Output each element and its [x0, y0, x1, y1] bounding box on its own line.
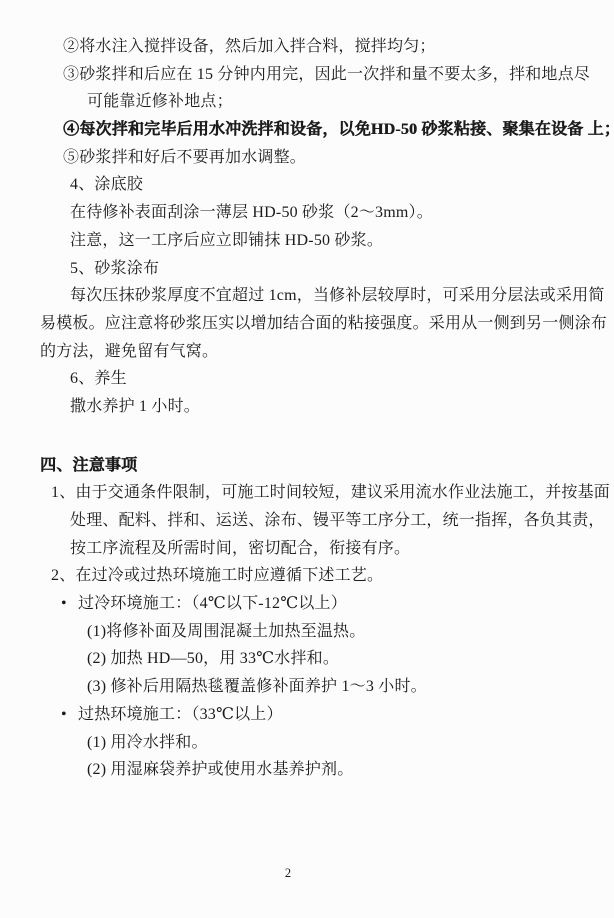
scanned-document-page: ②将水注入搅拌设备，然后加入拌合料，搅拌均匀； ③砂浆拌和后应在 15 分钟内用…: [0, 0, 614, 918]
text-line: 按工序流程及所需时间，密切配合，衔接有序。: [70, 535, 594, 563]
text-line: 6、养生: [70, 365, 594, 393]
text-line-content: ②将水注入搅拌设备，然后加入拌合料，搅拌均匀；: [63, 38, 436, 55]
text-line-content: 在待修补表面刮涂一薄层 HD-50 砂浆（2～3mm）。: [70, 204, 433, 221]
text-line-content: 1、由于交通条件限制，可施工时间较短，建议采用流水作业法施工，并按基面: [51, 484, 610, 501]
bullet-icon: •: [61, 590, 78, 618]
text-line: ②将水注入搅拌设备，然后加入拌合料，搅拌均匀；: [63, 33, 594, 61]
text-line: 注意，这一工序后应立即铺抹 HD-50 砂浆。: [70, 227, 594, 255]
text-line: (1) 用冷水拌和。: [87, 729, 594, 757]
text-line-content: 撒水养护 1 小时。: [70, 398, 200, 415]
text-line-content: (1)将修补面及周围混凝土加热至温热。: [87, 623, 365, 640]
text-line: 4、涂底胶: [70, 171, 594, 199]
text-line-content: 4、涂底胶: [70, 176, 143, 193]
text-line-content: 每次压抹砂浆厚度不宜超过 1cm，当修补层较厚时，可采用分层法或采用简: [70, 287, 605, 304]
page-number: 2: [238, 866, 338, 881]
text-line: (2) 用湿麻袋养护或使用水基养护剂。: [87, 756, 594, 784]
text-line-content: 过冷环境施工：（4℃以下-12℃以上）: [78, 595, 347, 612]
text-line: 四、注意事项: [40, 452, 594, 480]
text-line-content: ③砂浆拌和后应在 15 分钟内用完，因此一次拌和量不要太多，拌和地点尽: [63, 66, 590, 83]
text-line: 的方法，避免留有气窝。: [40, 338, 594, 366]
text-line-content: (2) 加热 HD—50，用 33℃水拌和。: [87, 650, 339, 667]
text-line-content: 5、砂浆涂布: [70, 260, 159, 277]
text-line: (1)将修补面及周围混凝土加热至温热。: [87, 618, 594, 646]
text-line: ⑤砂浆拌和好后不要再加水调整。: [63, 144, 594, 172]
text-line-content: 过热环境施工：（33℃以上）: [78, 706, 283, 723]
text-line: 5、砂浆涂布: [70, 255, 594, 283]
text-line-content: (1) 用冷水拌和。: [87, 734, 208, 751]
text-line-content: 四、注意事项: [40, 457, 137, 474]
text-line: 在待修补表面刮涂一薄层 HD-50 砂浆（2～3mm）。: [70, 199, 594, 227]
text-line: (3) 修补后用隔热毯覆盖修补面养护 1～3 小时。: [87, 673, 594, 701]
text-line: ④每次拌和完毕后用水冲洗拌和设备，以免HD-50 砂浆粘接、聚集在设备 上；: [63, 116, 594, 144]
text-line-content: 按工序流程及所需时间，密切配合，衔接有序。: [70, 540, 410, 557]
text-line-content: 2、在过冷或过热环境施工时应遵循下述工艺。: [51, 567, 383, 584]
text-line-content: 易模板。应注意将砂浆压实以增加结合面的粘接强度。采用从一侧到另一侧涂布: [40, 315, 607, 332]
document-body: ②将水注入搅拌设备，然后加入拌合料，搅拌均匀； ③砂浆拌和后应在 15 分钟内用…: [40, 33, 594, 784]
text-line: •过热环境施工：（33℃以上）: [61, 701, 594, 729]
text-line-content: 6、养生: [70, 370, 127, 387]
text-line-content: ⑤砂浆拌和好后不要再加水调整。: [63, 149, 306, 166]
text-line: (2) 加热 HD—50，用 33℃水拌和。: [87, 645, 594, 673]
text-line: 处理、配料、拌和、运送、涂布、镘平等工序分工，统一指挥，各负其责，: [70, 507, 594, 535]
text-line-content: ④每次拌和完毕后用水冲洗拌和设备，以免HD-50 砂浆粘接、聚集在设备 上；: [63, 121, 614, 138]
text-line: •过冷环境施工：（4℃以下-12℃以上）: [61, 590, 594, 618]
text-line: 可能靠近修补地点；: [87, 88, 594, 116]
text-line: ③砂浆拌和后应在 15 分钟内用完，因此一次拌和量不要太多，拌和地点尽: [63, 61, 594, 89]
text-line-content: 的方法，避免留有气窝。: [40, 343, 218, 360]
text-line-content: 处理、配料、拌和、运送、涂布、镘平等工序分工，统一指挥，各负其责，: [70, 512, 605, 529]
bullet-icon: •: [61, 701, 78, 729]
text-line: 易模板。应注意将砂浆压实以增加结合面的粘接强度。采用从一侧到另一侧涂布: [40, 310, 594, 338]
text-line: 每次压抹砂浆厚度不宜超过 1cm，当修补层较厚时，可采用分层法或采用简: [70, 282, 594, 310]
text-line: 2、在过冷或过热环境施工时应遵循下述工艺。: [51, 562, 594, 590]
text-line-content: (3) 修补后用隔热毯覆盖修补面养护 1～3 小时。: [87, 678, 427, 695]
text-line-content: 注意，这一工序后应立即铺抹 HD-50 砂浆。: [70, 232, 383, 249]
text-line-content: (2) 用湿麻袋养护或使用水基养护剂。: [87, 761, 353, 778]
text-line: 撒水养护 1 小时。: [70, 393, 594, 421]
text-line-content: 可能靠近修补地点；: [87, 93, 233, 110]
text-line: 1、由于交通条件限制，可施工时间较短，建议采用流水作业法施工，并按基面: [51, 479, 594, 507]
